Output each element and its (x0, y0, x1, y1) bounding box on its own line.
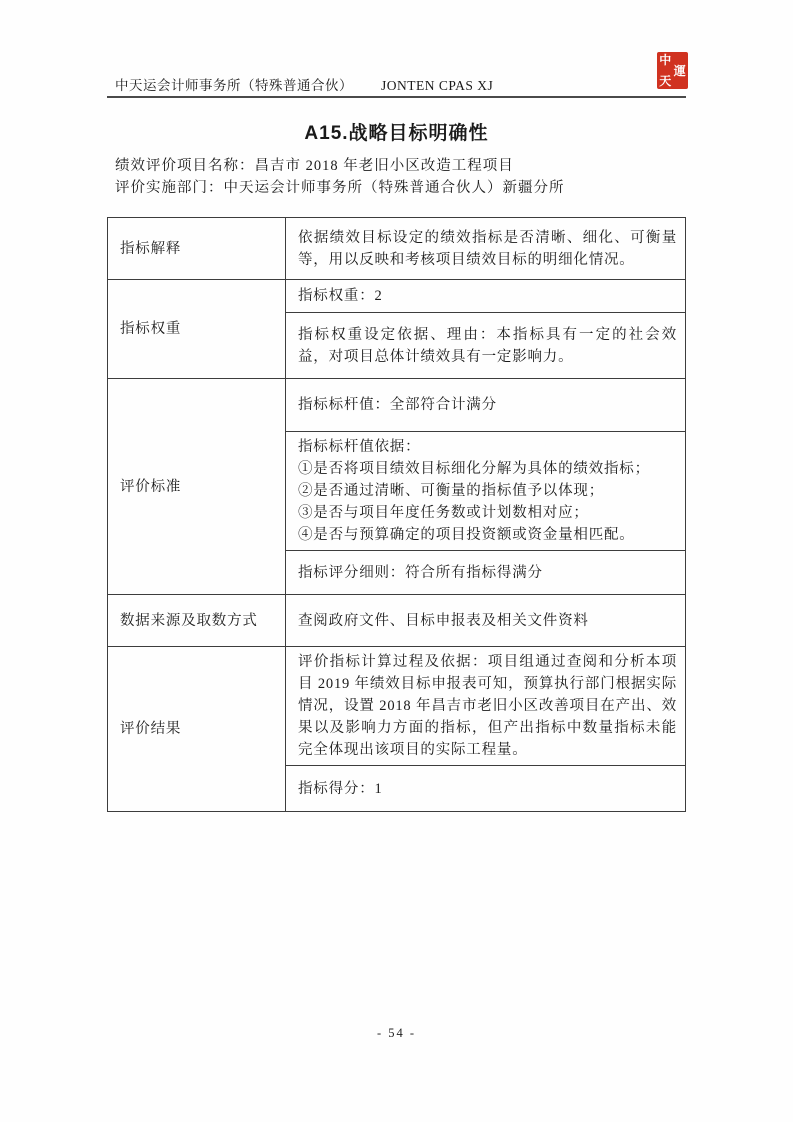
firm-name-line: 中天运会计师事务所（特殊普通合伙）JONTEN CPAS XJ (107, 70, 686, 94)
page-number: - 54 - (0, 1026, 793, 1041)
company-seal-icon: 中 天 運 (657, 52, 688, 89)
indicator-table: 指标解释 依据绩效目标设定的绩效指标是否清晰、细化、可衡量等，用以反映和考核项目… (107, 217, 686, 812)
cell-evaluation-process: 评价指标计算过程及依据：项目组通过查阅和分析本项目 2019 年绩效目标申报表可… (286, 647, 686, 766)
document-page: 中天运会计师事务所（特殊普通合伙）JONTEN CPAS XJ 中 天 運 A1… (0, 0, 793, 1122)
seal-left-column: 中 天 (658, 53, 673, 88)
table-row: 评价标准 指标标杆值：全部符合计满分 (108, 379, 686, 432)
cell-indicator-weight-basis: 指标权重设定依据、理由：本指标具有一定的社会效益，对项目总体计绩效具有一定影响力… (286, 313, 686, 379)
page-header: 中天运会计师事务所（特殊普通合伙）JONTEN CPAS XJ 中 天 運 (107, 70, 686, 98)
row-label-evaluation-result: 评价结果 (108, 647, 286, 812)
row-label-data-source: 数据来源及取数方式 (108, 595, 286, 647)
table-row: 评价结果 评价指标计算过程及依据：项目组通过查阅和分析本项目 2019 年绩效目… (108, 647, 686, 766)
firm-name-en: JONTEN CPAS XJ (381, 78, 493, 93)
cell-indicator-explanation: 依据绩效目标设定的绩效指标是否清晰、细化、可衡量等，用以反映和考核项目绩效目标的… (286, 218, 686, 280)
section-title: A15.战略目标明确性 (107, 118, 686, 145)
firm-name-cn: 中天运会计师事务所（特殊普通合伙） (115, 78, 353, 93)
cell-data-source: 查阅政府文件、目标申报表及相关文件资料 (286, 595, 686, 647)
seal-char-top-left: 中 (659, 53, 671, 67)
table-row: 数据来源及取数方式 查阅政府文件、目标申报表及相关文件资料 (108, 595, 686, 647)
seal-char-bottom-left: 天 (659, 74, 671, 88)
seal-right-column: 運 (673, 53, 688, 88)
cell-benchmark-basis: 指标标杆值依据： ①是否将项目绩效目标细化分解为具体的绩效指标； ②是否通过清晰… (286, 432, 686, 551)
table-row: 指标解释 依据绩效目标设定的绩效指标是否清晰、细化、可衡量等，用以反映和考核项目… (108, 218, 686, 280)
cell-scoring-rules: 指标评分细则：符合所有指标得满分 (286, 551, 686, 595)
row-label-indicator-weight: 指标权重 (108, 280, 286, 379)
cell-indicator-score: 指标得分：1 (286, 766, 686, 812)
header-rule (107, 96, 686, 98)
meta-evaluation-department: 评价实施部门：中天运会计师事务所（特殊普通合伙人）新疆分所 (107, 177, 686, 199)
meta-project-name: 绩效评价项目名称：昌吉市 2018 年老旧小区改造工程项目 (107, 155, 686, 177)
cell-indicator-weight-value: 指标权重：2 (286, 280, 686, 313)
seal-char-right: 運 (674, 64, 686, 78)
row-label-indicator-explanation: 指标解释 (108, 218, 286, 280)
row-label-evaluation-criteria: 评价标准 (108, 379, 286, 595)
cell-benchmark-value: 指标标杆值：全部符合计满分 (286, 379, 686, 432)
table-row: 指标权重 指标权重：2 (108, 280, 686, 313)
